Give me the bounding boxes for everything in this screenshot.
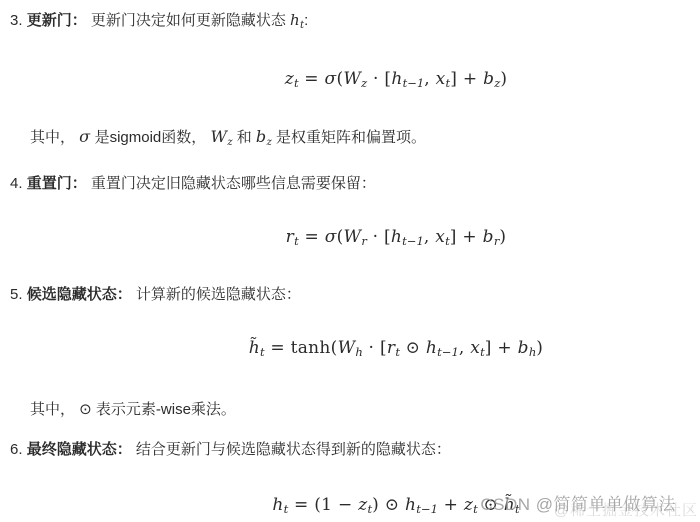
text-token: 最终隐藏状态：	[27, 441, 132, 458]
math-token: W	[343, 69, 361, 89]
math-token: t	[515, 503, 520, 517]
text-token: 3.	[10, 12, 27, 29]
math-token: ,	[459, 338, 470, 358]
text-token: 更新门：	[27, 12, 87, 29]
math-token: W	[344, 227, 362, 247]
math-token: x	[470, 338, 480, 358]
text-token: 重置门：	[27, 175, 87, 192]
math-token: ) ⊙	[372, 495, 405, 515]
math-token: ⊙	[400, 338, 426, 358]
math-token: = tanh(	[265, 338, 338, 358]
math-token: h	[426, 338, 437, 358]
text-token: 重置门决定旧隐藏状态哪些信息需要保留：	[87, 175, 376, 192]
math-token: b	[518, 338, 529, 358]
math-token: = (1 −	[288, 495, 358, 515]
math-token: (	[337, 227, 344, 247]
math-token: b	[483, 69, 494, 89]
text-token: 候选隐藏状态：	[27, 286, 132, 303]
math-token: σ	[325, 69, 337, 89]
math-token: r	[286, 227, 294, 247]
text-token: 计算新的候选隐藏状态：	[132, 286, 301, 303]
math-token: +	[438, 495, 464, 515]
math-token: )	[499, 227, 506, 247]
formula-reset-gate: rt = σ(Wr · [ht−1, xt] + br)	[10, 224, 692, 254]
text-token: 其中，	[30, 129, 79, 146]
math-token: =	[299, 69, 325, 89]
math-token: x	[436, 69, 446, 89]
list-item-update-gate: 3. 更新门： 更新门决定如何更新隐藏状态 ht:	[10, 9, 692, 37]
article-content: 3. 更新门： 更新门决定如何更新隐藏状态 ht:zt = σ(Wz · [ht…	[0, 0, 700, 522]
note-elementwise: 其中， ⊙ 表示元素-wise乘法。	[10, 399, 692, 421]
text-token: 6.	[10, 441, 27, 458]
math-token: h	[391, 69, 402, 89]
text-token: 是权重矩阵和偏置项。	[272, 129, 426, 146]
math-token: =	[299, 227, 325, 247]
math-token: t−1	[416, 503, 438, 517]
math-token: z	[285, 69, 294, 89]
math-token: h	[290, 11, 300, 29]
math-token: h̃	[504, 495, 515, 515]
math-token: b	[256, 127, 267, 146]
math-token: ] +	[450, 69, 483, 89]
text-token: 其中， ⊙ 表示元素-wise乘法。	[30, 401, 236, 418]
math-token: ] +	[485, 338, 518, 358]
text-token: :	[304, 12, 308, 29]
math-token: )	[500, 69, 507, 89]
math-token: t−1	[403, 76, 425, 90]
math-token: ⊙	[478, 495, 504, 515]
math-token: ,	[424, 227, 435, 247]
document-page: { "page": { "background": "#ffffff", "te…	[0, 0, 700, 522]
text-token: 是sigmoid函数，	[90, 129, 210, 146]
math-token: h	[355, 345, 362, 359]
math-token: · [	[367, 69, 391, 89]
math-token: ,	[424, 69, 435, 89]
math-token: · [	[363, 338, 387, 358]
math-token: t−1	[437, 345, 459, 359]
math-token: · [	[367, 227, 391, 247]
text-token: 更新门决定如何更新隐藏状态	[87, 12, 290, 29]
list-item-candidate-state: 5. 候选隐藏状态： 计算新的候选隐藏状态：	[10, 284, 692, 306]
text-token: 和	[233, 129, 256, 146]
formula-update-gate: zt = σ(Wz · [ht−1, xt] + bz)	[10, 66, 692, 96]
math-token: ] +	[450, 227, 483, 247]
math-token: W	[338, 338, 356, 358]
text-token: 结合更新门与候选隐藏状态得到新的隐藏状态：	[132, 441, 451, 458]
math-token: b	[483, 227, 494, 247]
formula-candidate-state: h̃t = tanh(Wh · [rt ⊙ ht−1, xt] + bh)	[10, 335, 692, 365]
note-sigmoid: 其中， σ 是sigmoid函数， Wz 和 bz 是权重矩阵和偏置项。	[10, 126, 692, 154]
math-token: h	[405, 495, 416, 515]
math-token: )	[536, 338, 543, 358]
math-token: σ	[79, 127, 90, 146]
math-token: t−1	[402, 234, 424, 248]
text-token: 5.	[10, 286, 27, 303]
math-token: h	[272, 495, 283, 515]
text-token: 4.	[10, 175, 27, 192]
math-token: z	[464, 495, 473, 515]
math-token: h̃	[249, 338, 260, 358]
math-token: W	[210, 127, 227, 146]
list-item-reset-gate: 4. 重置门： 重置门决定旧隐藏状态哪些信息需要保留：	[10, 173, 692, 195]
math-token: σ	[325, 227, 337, 247]
list-item-final-state: 6. 最终隐藏状态： 结合更新门与候选隐藏状态得到新的隐藏状态：	[10, 439, 692, 461]
math-token: h	[391, 227, 402, 247]
math-token: x	[435, 227, 445, 247]
formula-final-state: ht = (1 − zt) ⊙ ht−1 + zt ⊙ h̃t	[10, 492, 692, 522]
